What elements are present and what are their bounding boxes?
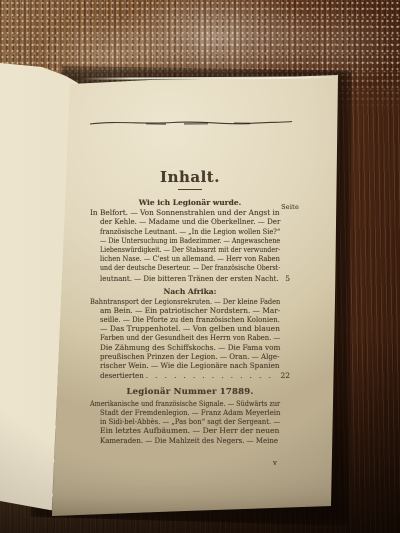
- toc-line: Amerikanische und französische Signale. …: [90, 400, 280, 409]
- toc-line-last: Kameraden. — Die Mahlzeit des Negers. — …: [90, 437, 290, 446]
- ink-stroke-mark: [88, 115, 296, 131]
- toc-line: Stadt der Fremdenlegion. — Franz Adam Me…: [90, 409, 280, 418]
- toc-line-text: Kameraden. — Die Mahlzeit des Negers. — …: [100, 437, 278, 446]
- toc-line: — Das Truppenhotel. — Von gelben und bla…: [90, 325, 280, 334]
- toc-line-text: leutnant. — Die bitteren Tränen der erst…: [100, 275, 279, 284]
- toc-line: und der deutsche Deserteur. — Der franzö…: [90, 264, 280, 273]
- toc-section: Wie ich Legionär wurde. In Belfort. — Vo…: [90, 198, 290, 283]
- toc-sections: Wie ich Legionär wurde. In Belfort. — Vo…: [90, 198, 290, 446]
- section-lines: Amerikanische und französische Signale. …: [90, 400, 280, 446]
- table-of-contents: Inhalt. Seite Wie ich Legionär wurde. In…: [90, 168, 290, 450]
- toc-line: Ein letztes Aufbäumen. — Der Herr der ne…: [90, 427, 280, 436]
- toc-line-last: desertierten. . . . . . . . . . . . . .2…: [90, 371, 290, 380]
- toc-line: in Sidi-bel-Abbès. — „Pas bon“ sagt der …: [90, 418, 280, 427]
- toc-line: Liebenswürdigkeit. — Der Stabsarzt mit d…: [90, 246, 280, 255]
- toc-line: Farben und der Gesundheit des Herrn von …: [90, 334, 280, 343]
- page-column-label: Seite: [281, 203, 299, 211]
- toc-line-last: leutnant. — Die bitteren Tränen der erst…: [90, 274, 290, 283]
- leader-dots: . . . . . . . . . . . . . .: [144, 372, 281, 381]
- toc-line: am Bein. — Ein patriotischer Nordstern. …: [90, 307, 280, 316]
- title-divider-rule: [178, 189, 202, 190]
- page-number: 22: [280, 371, 290, 380]
- section-lines: Bahntransport der Legionsrekruten. — Der…: [90, 298, 280, 381]
- signature-mark: v: [273, 459, 277, 467]
- toc-line: lichen Nase. — C'est un allemand. — Herr…: [90, 255, 280, 264]
- toc-section: Nach Afrika: Bahntransport der Legionsre…: [90, 287, 290, 381]
- photo-scene: Inhalt. Seite Wie ich Legionär wurde. In…: [0, 0, 400, 533]
- toc-line-text: desertierten: [100, 372, 144, 381]
- toc-line: rischer Wein. — Wie die Legionäre nach S…: [90, 362, 280, 371]
- toc-line: preußischen Prinzen der Legion. — Oran. …: [90, 353, 280, 362]
- toc-line: Die Zähmung des Schiffskochs. — Die Fama…: [90, 344, 280, 353]
- toc-section: Legionär Nummer 17889. Amerikanische und…: [90, 388, 290, 445]
- toc-line: — Die Untersuchung im Badezimmer. — Ange…: [90, 237, 280, 246]
- section-heading: Wie ich Legionär wurde.: [90, 198, 290, 207]
- page-title: Inhalt.: [90, 168, 290, 186]
- section-heading: Nach Afrika:: [90, 287, 290, 296]
- toc-line: Bahntransport der Legionsrekruten. — Der…: [90, 298, 280, 307]
- section-lines: In Belfort. — Von Sonnenstrahlen und der…: [90, 209, 280, 283]
- toc-line: französische Leutnant. — „In die Legion …: [90, 228, 280, 237]
- toc-line: seille. — Die Pforte zu den französische…: [90, 316, 280, 325]
- toc-line: der Kehle. — Madame und die Oberkellner.…: [90, 218, 280, 227]
- page-number: 5: [285, 274, 290, 283]
- section-heading: Legionär Nummer 17889.: [90, 388, 290, 398]
- toc-line: In Belfort. — Von Sonnenstrahlen und der…: [90, 209, 280, 218]
